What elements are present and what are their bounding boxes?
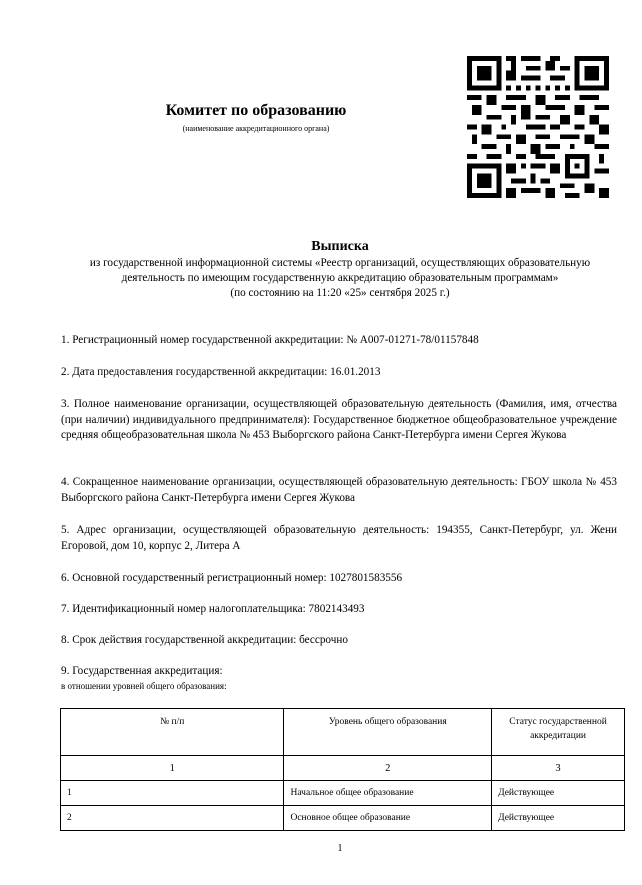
item-validity: 8. Срок действия государственной аккреди… bbox=[61, 633, 617, 649]
row-level: Основное общее образование bbox=[284, 806, 492, 831]
subtitle-line-1: из государственной информационной систем… bbox=[60, 256, 620, 271]
table-row: 2 Основное общее образование Действующее bbox=[61, 806, 625, 831]
accreditation-table: № п/п Уровень общего образования Статус … bbox=[60, 708, 625, 831]
item-full-name: 3. Полное наименование организации, осущ… bbox=[61, 397, 617, 444]
table-header-row: № п/п Уровень общего образования Статус … bbox=[61, 709, 625, 756]
organ-caption: (наименование аккредитационного органа) bbox=[140, 124, 372, 134]
document-subtitle: из государственной информационной систем… bbox=[60, 256, 620, 301]
subtitle-line-2: деятельность по имеющим государственную … bbox=[60, 271, 620, 286]
row-level: Начальное общее образование bbox=[284, 781, 492, 806]
item-short-name: 4. Сокращенное наименование организации,… bbox=[61, 475, 617, 506]
header-level: Уровень общего образования bbox=[284, 709, 492, 756]
column-number: 2 bbox=[284, 756, 492, 781]
qr-code-icon bbox=[467, 56, 609, 198]
levels-note: в отношении уровней общего образования: bbox=[61, 681, 227, 692]
row-number: 2 bbox=[61, 806, 284, 831]
column-number: 1 bbox=[61, 756, 284, 781]
organ-name: Комитет по образованию bbox=[140, 101, 372, 121]
item-ogrn: 6. Основной государственный регистрацион… bbox=[61, 571, 617, 587]
table-row: 1 Начальное общее образование Действующе… bbox=[61, 781, 625, 806]
header-number: № п/п bbox=[61, 709, 284, 756]
column-number: 3 bbox=[492, 756, 625, 781]
item-accreditation-date: 2. Дата предоставления государственной а… bbox=[61, 365, 617, 381]
row-status: Действующее bbox=[492, 781, 625, 806]
item-registration-number: 1. Регистрационный номер государственной… bbox=[61, 333, 617, 349]
subtitle-line-3: (по состоянию на 11:20 «25» сентября 202… bbox=[60, 286, 620, 301]
item-address: 5. Адрес организации, осуществляющей обр… bbox=[61, 523, 617, 554]
item-accreditation: 9. Государственная аккредитация: bbox=[61, 664, 617, 680]
row-number: 1 bbox=[61, 781, 284, 806]
document-title: Выписка bbox=[60, 239, 620, 255]
header-status: Статус государственной аккредитации bbox=[492, 709, 625, 756]
item-inn: 7. Идентификационный номер налогоплатель… bbox=[61, 602, 617, 618]
table-column-numbers-row: 1 2 3 bbox=[61, 756, 625, 781]
page-number: 1 bbox=[300, 843, 380, 854]
row-status: Действующее bbox=[492, 806, 625, 831]
